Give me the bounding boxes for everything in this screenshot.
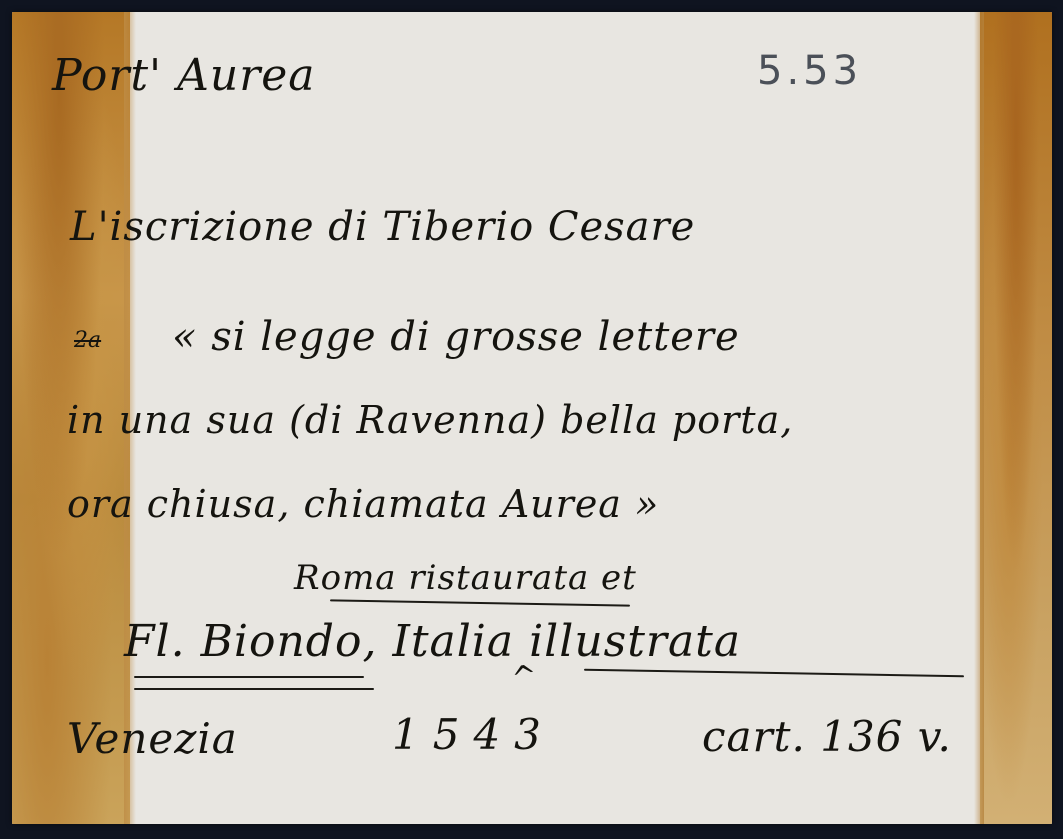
- work-underline: [584, 669, 964, 678]
- catalog-number: 5.53: [757, 48, 862, 94]
- card-title: Port' Aurea: [52, 50, 316, 101]
- text-line-2: « si legge di grosse lettere: [172, 314, 740, 360]
- text-line-1: L'iscrizione di Tiberio Cesare: [70, 204, 695, 250]
- author-underline-2: [134, 688, 374, 690]
- text-line-3: in una sua (di Ravenna) bella porta,: [67, 398, 793, 442]
- source-title-underline: [330, 599, 630, 606]
- source-line: Fl. Biondo, Italia illustrata: [124, 616, 741, 667]
- imprint-folio: cart. 136 v.: [702, 712, 952, 761]
- text-line-4: ora chiusa, chiamata Aurea »: [67, 482, 659, 526]
- note-card: 5.53 Port' Aurea L'iscrizione di Tiberio…: [12, 12, 1052, 824]
- source-title-above: Roma ristaurata et: [294, 558, 637, 598]
- crossed-out-margin-mark: 2a: [74, 328, 101, 353]
- imprint-year: 1543: [392, 710, 555, 759]
- right-stain-border: [980, 12, 1052, 824]
- author-underline-1: [134, 676, 364, 678]
- imprint-place: Venezia: [67, 714, 238, 763]
